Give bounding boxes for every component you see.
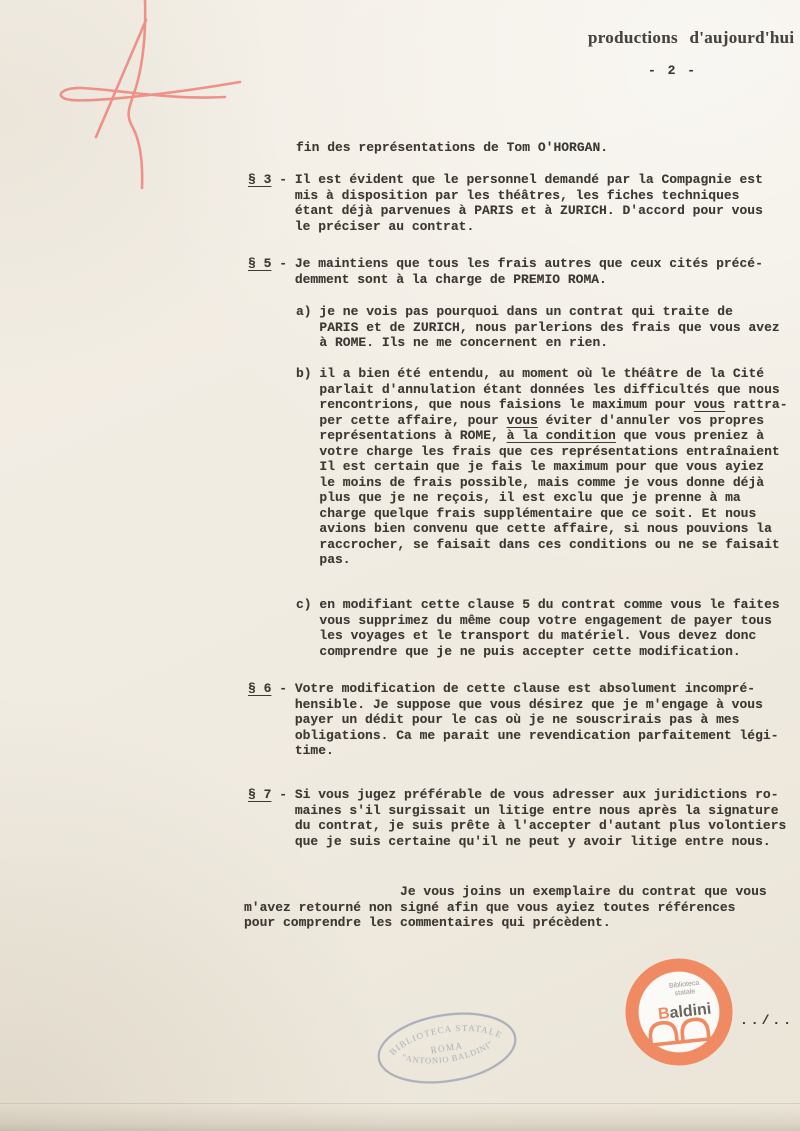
paragraph-7: § 7 - Si vous jugez préférable de vous a… bbox=[248, 787, 786, 849]
paragraph-5b: b) il a bien été entendu, au moment où l… bbox=[296, 366, 788, 568]
intro-line: fin des représentations de Tom O'HORGAN. bbox=[296, 140, 608, 156]
scanned-letter-page: productions d'aujourd'hui - 2 - fin des … bbox=[0, 0, 800, 1131]
paper-bottom-shadow bbox=[0, 1105, 800, 1131]
library-stamp: BIBLIOTECA STATALE ROMA "ANTONIO BALDINI… bbox=[367, 999, 527, 1098]
paragraph-5c-text: en modifiant cette clause 5 du contrat c… bbox=[319, 597, 779, 659]
paragraph-3-text: Il est évident que le personnel demandé … bbox=[295, 172, 763, 234]
baldini-logo: Biblioteca statale Baldini bbox=[624, 957, 734, 1067]
page-number: - 2 - bbox=[648, 63, 697, 79]
red-mark-loop-stroke bbox=[61, 82, 240, 100]
paragraph-5a-label: a) bbox=[296, 304, 319, 351]
continuation-mark: ../.. bbox=[740, 1013, 794, 1029]
closing-paragraph: Je vous joins un exemplaire du contrat q… bbox=[244, 884, 767, 931]
paragraph-7-label: § 7 - bbox=[248, 787, 295, 849]
paragraph-5c: c) en modifiant cette clause 5 du contra… bbox=[296, 597, 780, 659]
paragraph-6-text: Votre modification de cette clause est a… bbox=[295, 681, 779, 759]
paragraph-5a-text: je ne vois pas pourquoi dans un contrat … bbox=[319, 304, 779, 351]
letterhead: productions d'aujourd'hui bbox=[588, 28, 784, 48]
paragraph-5c-label: c) bbox=[296, 597, 319, 659]
paragraph-3-label: § 3 - bbox=[248, 172, 295, 234]
paragraph-3: § 3 - Il est évident que le personnel de… bbox=[248, 172, 763, 234]
paragraph-6: § 6 - Votre modification de cette clause… bbox=[248, 681, 779, 759]
paragraph-6-label: § 6 - bbox=[248, 681, 295, 759]
paragraph-5-label: § 5 - bbox=[248, 256, 295, 287]
paragraph-5a: a) je ne vois pas pourquoi dans un contr… bbox=[296, 304, 780, 351]
paragraph-5-text: Je maintiens que tous les frais autres q… bbox=[295, 256, 763, 287]
red-pencil-mark bbox=[20, 0, 250, 210]
paragraph-5: § 5 - Je maintiens que tous les frais au… bbox=[248, 256, 763, 287]
paragraph-7-text: Si vous jugez préférable de vous adresse… bbox=[295, 787, 786, 849]
paper-edge-line bbox=[0, 1103, 800, 1104]
paragraph-5b-text: il a bien été entendu, au moment où le t… bbox=[319, 366, 787, 568]
paragraph-5b-label: b) bbox=[296, 366, 319, 568]
